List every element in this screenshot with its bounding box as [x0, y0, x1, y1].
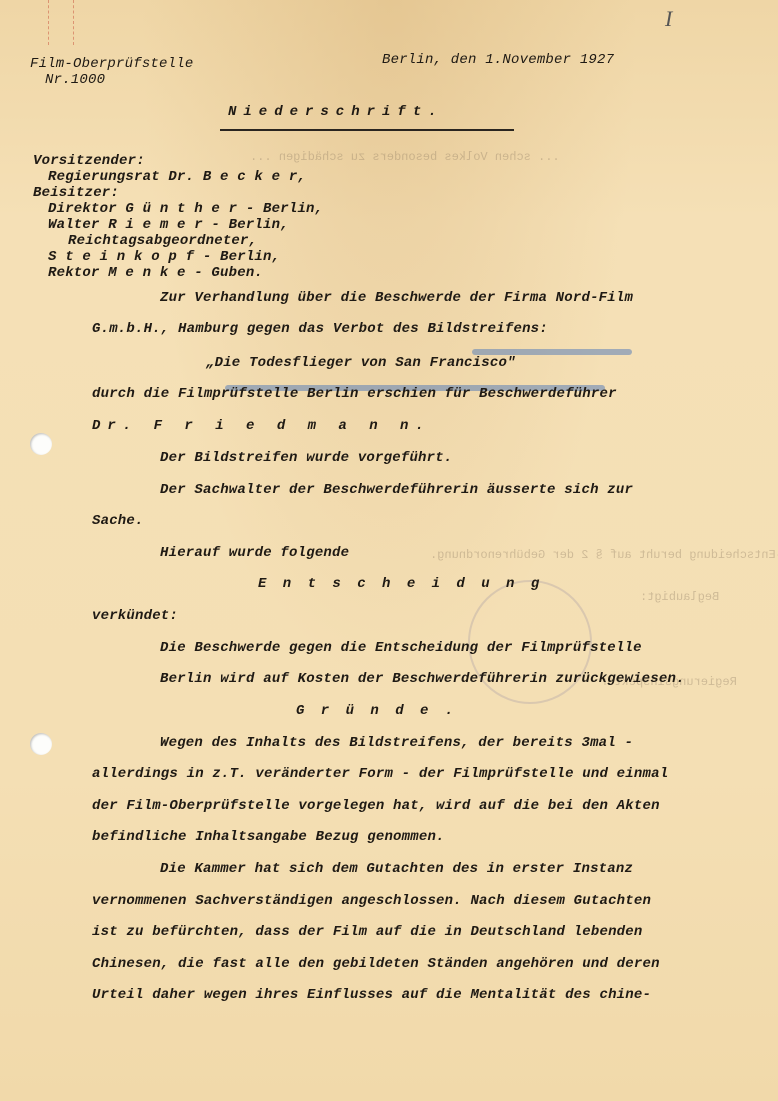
fold-mark [73, 0, 75, 45]
statement-line: Sache. [92, 513, 144, 529]
punch-hole [30, 733, 52, 755]
reasons-line: ist zu befürchten, dass der Film auf die… [92, 924, 643, 940]
document-number: Nr.1000 [45, 72, 105, 88]
statement-line: Der Sachwalter der Beschwerdeführerin äu… [160, 482, 633, 498]
assessor: Rektor M e n k e - Guben. [48, 265, 263, 281]
reasons-line: allerdings in z.T. veränderter Form - de… [92, 766, 668, 782]
intro-line: G.m.b.H., Hamburg gegen das Verbot des B… [92, 321, 548, 337]
reasons-line: befindliche Inhaltsangabe Bezug genommen… [92, 829, 445, 845]
reasons-line: Chinesen, die fast alle den gebildeten S… [92, 956, 660, 972]
chair-label: Vorsitzender: [33, 153, 145, 169]
assessor: S t e i n k o p f - Berlin, [48, 249, 280, 265]
intro-line: durch die Filmprüfstelle Berlin erschien… [92, 386, 617, 402]
intro-line: Zur Verhandlung über die Beschwerde der … [160, 290, 633, 306]
bleed-through-text: Beglaubigt: [640, 590, 719, 604]
bleed-through-text: Kosten-Entscheidung beruht auf § 2 der G… [430, 548, 778, 562]
bleed-through-text: ... schen Volkes besonders zu schädigen … [250, 150, 560, 164]
chair-name: Regierungsrat Dr. B e c k e r, [48, 169, 306, 185]
assessors-label: Beisitzer: [33, 185, 119, 201]
punch-hole [30, 433, 52, 455]
representative-name: Dr. F r i e d m a n n. [92, 418, 431, 434]
screening-note: Der Bildstreifen wurde vorgeführt. [160, 450, 452, 466]
fold-mark [48, 0, 50, 45]
assessor-title: Reichtagsabgeordneter, [68, 233, 257, 249]
document-title: Niederschrift. [228, 104, 444, 120]
page-number-mark: I [665, 6, 672, 32]
reasons-heading: G r ü n d e . [296, 703, 457, 719]
assessor: Walter R i e m e r - Berlin, [48, 217, 289, 233]
place-and-date: Berlin, den 1.November 1927 [382, 52, 614, 68]
title-underline [220, 129, 514, 131]
announced-label: verkündet: [92, 608, 178, 624]
reasons-line: Wegen des Inhalts des Bildstreifens, der… [160, 735, 633, 751]
reasons-line: Die Kammer hat sich dem Gutachten des in… [160, 861, 633, 877]
reasons-line: der Film-Oberprüfstelle vorgelegen hat, … [92, 798, 660, 814]
authority-name: Film-Oberprüfstelle [30, 56, 193, 72]
reasons-line: Urteil daher wegen ihres Einflusses auf … [92, 987, 651, 1003]
film-title: „Die Todesflieger von San Francisco" [206, 355, 516, 371]
reasons-line: vernommenen Sachverständigen angeschloss… [92, 893, 651, 909]
decision-line: Die Beschwerde gegen die Entscheidung de… [160, 640, 642, 656]
decision-line: Berlin wird auf Kosten der Beschwerdefüh… [160, 671, 685, 687]
assessor: Direktor G ü n t h e r - Berlin, [48, 201, 323, 217]
decision-heading: E n t s c h e i d u n g [258, 576, 543, 592]
following-line: Hierauf wurde folgende [160, 545, 349, 561]
